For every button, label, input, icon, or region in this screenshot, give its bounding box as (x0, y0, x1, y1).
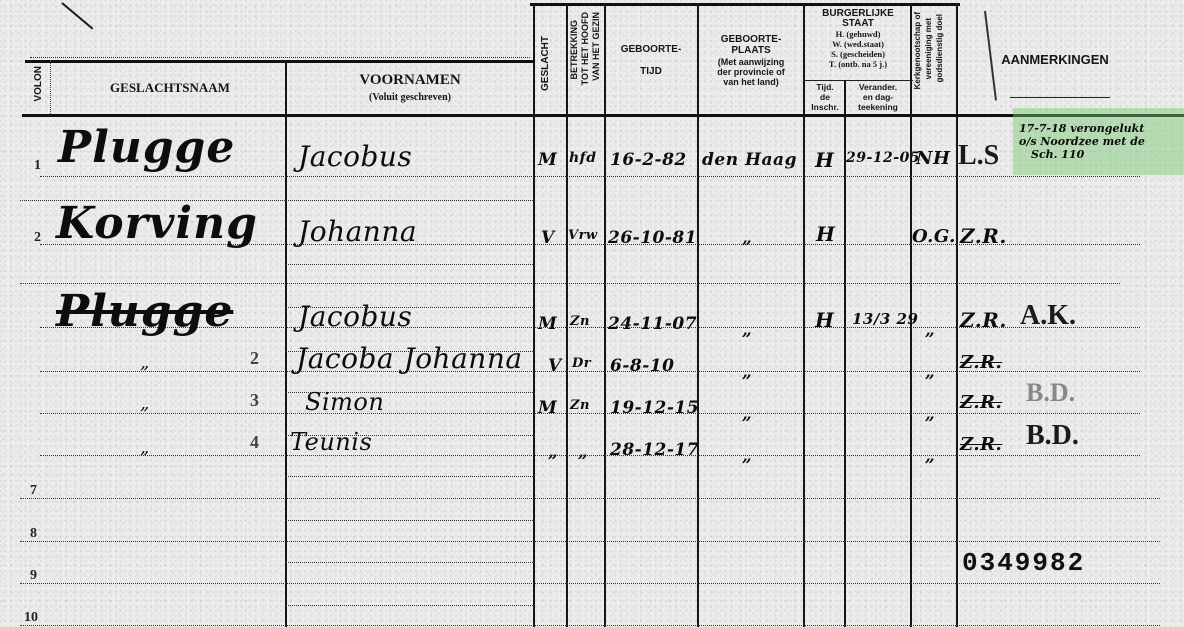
row6-relation: „ (578, 442, 588, 462)
row-line-8a (285, 520, 535, 521)
header-voornamen: VOORNAMEN (300, 72, 520, 89)
row2-surname: Korving (56, 198, 258, 249)
row3-surname: Plugge (56, 286, 233, 337)
row3-birth-date: 24-11-07 (608, 314, 697, 334)
header-burgerlijke-3: H. (gehuwd) (805, 29, 911, 39)
col-line-aanmerkingen (956, 3, 958, 627)
row1-remarks-stamp: L.S (958, 140, 999, 172)
row1-birth-place: den Haag (702, 150, 797, 170)
row-line-5 (40, 413, 1140, 414)
header-aanmerkingen: AANMERKINGEN (985, 52, 1125, 67)
row5-sex: M (538, 398, 557, 418)
row3-relation: Zn (570, 314, 590, 329)
header-geslachtsnaam: GESLACHTSNAAM (80, 80, 260, 96)
row2-remarks: Z.R. (960, 224, 1007, 248)
row1-given: Jacobus (298, 140, 412, 173)
header-geboorteplaats-5: van het land) (699, 77, 803, 87)
row6-birth-date: 28-12-17 (610, 440, 699, 460)
col-line-geslacht (533, 3, 535, 627)
annotation-line-3: Sch. 110 (1019, 148, 1184, 161)
row1-civil-date: 29-12-05 (846, 150, 920, 166)
row-line-1b (285, 200, 535, 201)
header-burgerlijke-5: S. (gescheiden) (805, 49, 911, 59)
header-geboorteplaats-3: (Met aanwijzing (699, 57, 803, 67)
row6-birth-place: „ (742, 446, 752, 466)
header-tijd-3: Inschr. (805, 102, 845, 112)
aanmerkingen-line (1010, 97, 1110, 98)
row6-sex: „ (548, 442, 558, 462)
row2-civil-status: H (816, 222, 835, 246)
row3-civil-status: H (815, 308, 834, 332)
annotation-line-1: 17-7-18 verongelukt (1019, 122, 1184, 135)
col-line-geboortetijd (604, 3, 606, 627)
row-number-9: 9 (30, 568, 37, 584)
row4-relation: Dr (572, 356, 591, 371)
row2-given: Johanna (298, 215, 417, 248)
header-geboorteplaats-1: GEBOORTE- (699, 34, 803, 45)
highlighted-annotation: 17-7-18 verongelukt o/s Noordzee met de … (1013, 108, 1184, 175)
row3-birth-place: „ (742, 320, 752, 340)
annotation-line-2: o/s Noordzee met de (1019, 135, 1184, 148)
row3-civil-date: 13/3 29 (852, 310, 918, 328)
header-betrekking-1: BETREKKING (569, 20, 579, 80)
row-number-8: 8 (30, 526, 37, 542)
header-voornamen-sub: (Voluit geschreven) (300, 92, 520, 103)
row5-church: „ (925, 404, 935, 424)
header-verander-1: Verander. (846, 82, 910, 92)
header-betrekking-3: VAN HET GEZIN (591, 12, 601, 81)
top-rule (30, 57, 530, 58)
header-verander-3: teekening (846, 102, 910, 112)
header-tijd-1: Tijd. (805, 82, 845, 92)
row5-birth-date: 19-12-15 (610, 398, 699, 418)
row-line-9a (285, 562, 535, 563)
header-kerk-2: vereeniging met (924, 18, 933, 79)
row1-relation: hfd (569, 150, 597, 166)
header-burgerlijke-2: STAAT (805, 18, 911, 29)
row4-birth-place: „ (742, 362, 752, 382)
row4-remarks: Z.R. (960, 352, 1002, 373)
row6-church: „ (925, 446, 935, 466)
row6-surname: „ (140, 437, 150, 458)
row2-sex: V (541, 228, 555, 248)
header-geboortetijd-2: TIJD (606, 66, 696, 77)
header-verander-2: en dag- (846, 92, 910, 102)
row4-birth-date: 6-8-10 (610, 356, 674, 376)
row6-stamp: B.D. (1026, 420, 1079, 452)
row3-remarks: Z.R. (960, 308, 1007, 332)
row-number-10: 10 (24, 610, 38, 626)
header-volon: VOLON (33, 66, 44, 102)
row1-sex: M (538, 150, 557, 170)
row1-surname: Plugge (58, 122, 235, 173)
row4-church: „ (925, 362, 935, 382)
row5-remarks: Z.R. (960, 392, 1002, 413)
header-bottom-rule (22, 114, 1184, 117)
row5-given: Simon (305, 388, 384, 416)
row2-birth-place: „ (742, 228, 752, 248)
row2-relation: Vrw (568, 228, 598, 243)
header-top-rule (25, 60, 533, 63)
header-geslacht: GESLACHT (540, 36, 551, 91)
row-line-9 (20, 583, 1160, 584)
row3-church: „ (925, 320, 935, 340)
row-number-7: 7 (30, 483, 37, 499)
col-line-volon (50, 60, 51, 114)
row-line-10 (20, 625, 1160, 626)
row-line-7 (20, 498, 1160, 499)
header-geboorteplaats-2: PLAATS (699, 45, 803, 56)
header-burgerlijke-4: W. (wed.staat) (805, 39, 911, 49)
row-line-8 (20, 541, 1160, 542)
burgerlijke-divider (805, 80, 913, 81)
row6-given: Teunis (290, 428, 372, 456)
header-top-rule-right (530, 3, 960, 6)
row5-child-number: 3 (250, 390, 259, 411)
header-kerk-3: godsdienstig doel (935, 14, 944, 82)
row4-surname: „ (140, 352, 150, 373)
header-betrekking-2: TOT HET HOOFD (580, 12, 590, 85)
row-number-2: 2 (34, 230, 41, 246)
row5-surname: „ (140, 393, 150, 414)
row4-child-number: 2 (250, 348, 259, 369)
row2-church: O.G. (912, 226, 956, 247)
row-line-10a (285, 605, 535, 606)
row1-civil-status: H (815, 148, 834, 172)
row4-sex: V (548, 356, 562, 376)
row-line-6 (40, 455, 1140, 456)
header-geboortetijd-1: GEBOORTE- (606, 44, 696, 55)
col-line-geboorteplaats (697, 3, 699, 627)
row-line-7a (285, 476, 535, 477)
row1-church: NH (916, 148, 950, 169)
row5-stamp: B.D. (1026, 378, 1075, 408)
row5-birth-place: „ (742, 404, 752, 424)
row6-child-number: 4 (250, 432, 259, 453)
row-line-1 (40, 176, 1140, 177)
row3-stamp: A.K. (1020, 300, 1076, 332)
row4-given: Jacoba Johanna (296, 342, 523, 375)
row-line-3a (20, 283, 1120, 284)
row-number-1: 1 (34, 158, 41, 174)
row2-birth-date: 26-10-81 (608, 228, 697, 248)
header-kerk-1: Kerkgenootschap of (913, 12, 922, 89)
row6-remarks: Z.R. (960, 434, 1002, 455)
row1-birth-date: 16-2-82 (610, 150, 687, 170)
row-line-2b (285, 264, 535, 265)
document-serial-number: 0349982 (962, 548, 1085, 578)
header-burgerlijke-6: T. (ontb. na 5 j.) (805, 59, 911, 69)
header-tijd-2: de (805, 92, 845, 102)
row3-sex: M (538, 314, 557, 334)
col-line-betrekking (566, 3, 568, 627)
pen-stroke-top (61, 2, 93, 29)
header-geboorteplaats-4: der provincie of (699, 67, 803, 77)
row3-given: Jacobus (298, 300, 412, 333)
row5-relation: Zn (570, 398, 590, 413)
